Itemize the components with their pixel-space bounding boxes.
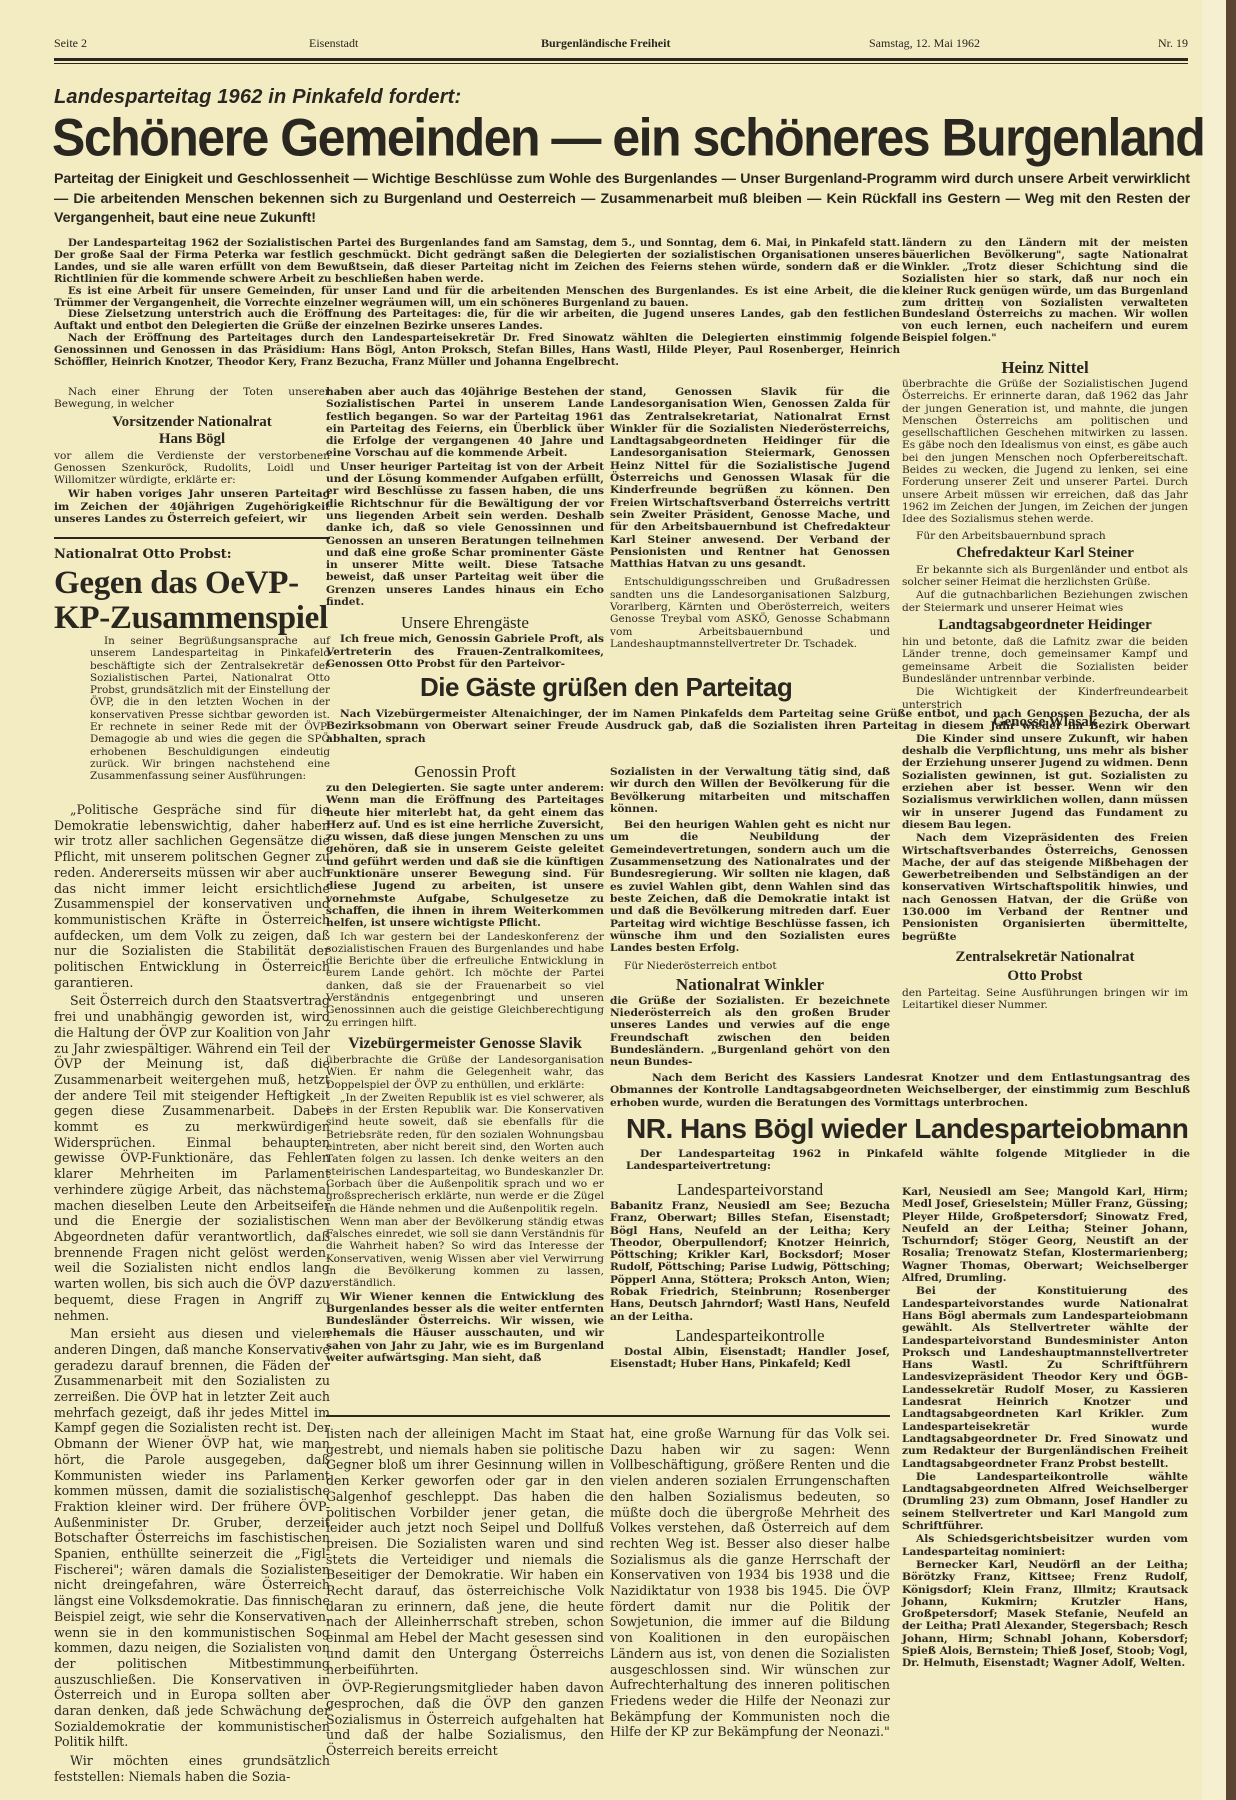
probst-story-label: Nationalrat Otto Probst: [54, 547, 232, 562]
ehrengaeste-subhead: Unsere Ehrengäste [326, 614, 604, 631]
probst-column-2: listen nach der alleinigen Macht im Staa… [326, 1426, 604, 1762]
probst-text: den Parteitag. Seine Ausführungen bringe… [902, 987, 1188, 1012]
col3-note: Entschuldigungsschreiben und Grußadresse… [610, 576, 890, 650]
steiner-text: Er bekannte sich als Burgenländer und en… [902, 564, 1188, 589]
wlasak-text: Nach dem Vizepräsidenten des Freien Wirt… [902, 832, 1188, 943]
wlasak-text: Die Kinder sind unsere Zukunft, wir habe… [902, 733, 1188, 831]
slavik-text: „In der Zweiten Republik ist es viel sch… [326, 1092, 604, 1215]
page-margin [1202, 0, 1226, 1800]
slavik-text: Wenn man aber der Bevölkerung ständig et… [326, 1216, 604, 1290]
col2-paragraph: Unser heuriger Parteitag ist von der Arb… [326, 461, 604, 609]
lead-paragraph: Nach der Eröffnung des Parteitages durch… [54, 333, 900, 369]
boegl-bold-text: Wir haben voriges Jahr unseren Parteitag… [54, 488, 330, 525]
steiner-text: Auf die gutnachbarlichen Beziehungen zwi… [902, 589, 1188, 614]
boegl-intro-text: Der Landesparteitag 1962 in Pinkafeld wä… [626, 1148, 1190, 1173]
ehrengaeste-text: Ich freue mich, Genossin Gabriele Proft,… [326, 633, 604, 670]
probst-subhead-2: Otto Probst [902, 968, 1188, 985]
boegl-headline: NR. Hans Bögl wieder Landesparteiobmann [626, 1114, 1188, 1144]
right-column-speeches: Heinz Nittel überbrachte die Grüße der S… [902, 356, 1188, 1012]
probst-story-intro: In seiner Begrüßungsansprache auf unsere… [90, 635, 330, 784]
boegl-list: Bernecker Karl, Neudörfl an der Leitha; … [902, 1559, 1188, 1670]
boegl-column-a: Landesparteivorstand Babanitz Franz, Neu… [610, 1178, 890, 1372]
probst-paragraph: „Politische Gespräche sind für die Demok… [54, 802, 330, 990]
boegl-intro: Nach einer Ehrung der Toten unserer Bewe… [54, 386, 330, 411]
main-headline: Schönere Gemeinden — ein schöneres Burge… [52, 107, 1192, 168]
boegl-list: Karl, Neusiedl am See; Mangold Karl, Hir… [902, 1186, 1188, 1284]
guests-headline: Die Gäste grüßen den Parteitag [420, 672, 792, 702]
probst-intro-text: In seiner Begrüßungsansprache auf unsere… [90, 635, 330, 783]
probst-paragraph: listen nach der alleinigen Macht im Staa… [326, 1426, 604, 1677]
winkler-quote: ländern zu den Ländern mit der meisten b… [902, 238, 1188, 345]
masthead: Seite 2 Eisenstadt Burgenländische Freih… [54, 36, 1188, 56]
guests-intro-text: Nach Vizebürgermeister Altenaichinger, d… [326, 708, 1190, 745]
issue-date: Samstag, 12. Mai 1962 [869, 36, 980, 51]
newspaper-page: Seite 2 Eisenstadt Burgenländische Freih… [36, 0, 1196, 1800]
winkler-subhead: Nationalrat Winkler [610, 976, 890, 993]
proft-subhead: Genossin Proft [326, 763, 604, 780]
column-3-main: stand, Genossen Slavik für die Landesorg… [610, 386, 890, 651]
guests-text: Sozialisten in der Verwaltung tätig sind… [610, 766, 890, 815]
boegl-text: vor allem die Verdienste der verstorbene… [54, 450, 330, 487]
nittel-subhead: Heinz Nittel [902, 359, 1188, 376]
main-subdeck: Parteitag der Einigkeit und Geschlossenh… [54, 170, 1190, 229]
col2-paragraph: haben aber auch das 40jährige Bestehen d… [326, 386, 604, 460]
issue-number: Nr. 19 [1158, 36, 1188, 51]
proft-text: Ich war gestern bei der Landeskonferenz … [326, 931, 604, 1029]
lead-paragraph: Diese Zielsetzung unterstrich auch die E… [54, 309, 900, 333]
guests-text: Bei den heurigen Wahlen geht es nicht nu… [610, 819, 890, 954]
boegl-paragraph: Als Schiedsgerichtsbeisitzer wurden vom … [902, 1533, 1188, 1558]
nittel-text: überbrachte die Grüße der Sozialistische… [902, 378, 1188, 526]
probst-paragraph: ÖVP-Regierungsmitglieder haben davon ges… [326, 1680, 604, 1759]
lead-paragraph: Der Landesparteitag 1962 der Sozialistis… [54, 238, 900, 286]
kassier-paragraph: Nach dem Bericht des Kassiers Landesrat … [610, 1072, 1190, 1110]
vorstand-list: Babanitz Franz, Neusiedl am See; Bezucha… [610, 1200, 890, 1323]
section-divider [54, 537, 330, 539]
masthead-city: Eisenstadt [309, 36, 358, 51]
probst-paragraph: Man ersieht aus diesen und vielen andere… [54, 1326, 330, 1750]
vorstand-subhead: Landesparteivorstand [610, 1181, 890, 1198]
probst-paragraph: Wir möchten eines grundsätzlich feststel… [54, 1753, 330, 1784]
page-number: Seite 2 [54, 36, 87, 51]
kontrolle-subhead: Landesparteikontrolle [610, 1327, 890, 1344]
steiner-intro: Für den Arbeitsbauernbund sprach [902, 530, 1188, 542]
boegl-paragraph: Bei der Konstituierung des Landesparteiv… [902, 1285, 1188, 1469]
probst-paragraph: hat, eine große Warnung für das Volk sei… [610, 1426, 890, 1740]
column-2-main: haben aber auch das 40jährige Bestehen d… [326, 386, 604, 671]
boegl-subhead-2: Hans Bögl [54, 431, 330, 448]
heidinger-subhead: Landtagsabgeordneter Heidinger [902, 617, 1188, 634]
slavik-subhead: Vizebürgermeister Genosse Slavik [326, 1035, 604, 1052]
main-lead: Der Landesparteitag 1962 der Sozialistis… [54, 238, 900, 369]
heidinger-text: hin und betonte, daß die Lafnitz zwar di… [902, 636, 1188, 685]
newspaper-name: Burgenländische Freiheit [541, 36, 670, 51]
boegl-column-b: Karl, Neusiedl am See; Mangold Karl, Hir… [902, 1186, 1188, 1671]
main-kicker: Landesparteitag 1962 in Pinkafeld forder… [54, 86, 461, 109]
section-divider [326, 1415, 890, 1417]
right-column-top: ländern zu den Ländern mit der meisten b… [902, 238, 1188, 346]
column-1-boegl: Nach einer Ehrung der Toten unserer Bewe… [54, 386, 330, 526]
slavik-bold-text: Wir Wiener kennen die Entwicklung des Bu… [326, 1291, 604, 1365]
guests-intro: Nach Vizebürgermeister Altenaichinger, d… [326, 708, 1190, 746]
winkler-intro: Für Niederösterreich entbot [610, 960, 890, 972]
slavik-text: überbrachte die Grüße der Landesorganisa… [326, 1054, 604, 1091]
boegl-paragraph: Die Landesparteikontrolle wählte Landtag… [902, 1471, 1188, 1532]
probst-story-headline: Gegen das OeVP-KP-Zusammenspiel [54, 566, 344, 636]
winkler-text: die Grüße der Sozialisten. Er bezeichnet… [610, 995, 890, 1069]
kontrolle-list: Dostal Albin, Eisenstadt; Handler Josef,… [610, 1346, 890, 1371]
probst-paragraph: Seit Österreich durch den Staatsvertrag … [54, 993, 330, 1323]
col3-paragraph: stand, Genossen Slavik für die Landesorg… [610, 386, 890, 570]
boegl-subhead-1: Vorsitzender Nationalrat [54, 414, 330, 431]
guests-column-b: Sozialisten in der Verwaltung tätig sind… [610, 766, 890, 1070]
probst-column-3: hat, eine große Warnung für das Volk sei… [610, 1426, 890, 1743]
page-edge-shadow [1226, 0, 1236, 1800]
steiner-subhead: Chefredakteur Karl Steiner [902, 545, 1188, 562]
masthead-rule [54, 58, 1188, 64]
probst-column-1: „Politische Gespräche sind für die Demok… [54, 802, 330, 1788]
boegl-intro: Der Landesparteitag 1962 in Pinkafeld wä… [626, 1148, 1190, 1174]
kassier-text: Nach dem Bericht des Kassiers Landesrat … [610, 1072, 1190, 1109]
lead-paragraph: Es ist eine Arbeit für unsere Gemeinden,… [54, 286, 900, 310]
probst-subhead-1: Zentralsekretär Nationalrat [902, 949, 1188, 966]
proft-bold-text: zu den Delegierten. Sie sagte unter ande… [326, 782, 604, 930]
guests-column-a: Genossin Proft zu den Delegierten. Sie s… [326, 760, 604, 1365]
